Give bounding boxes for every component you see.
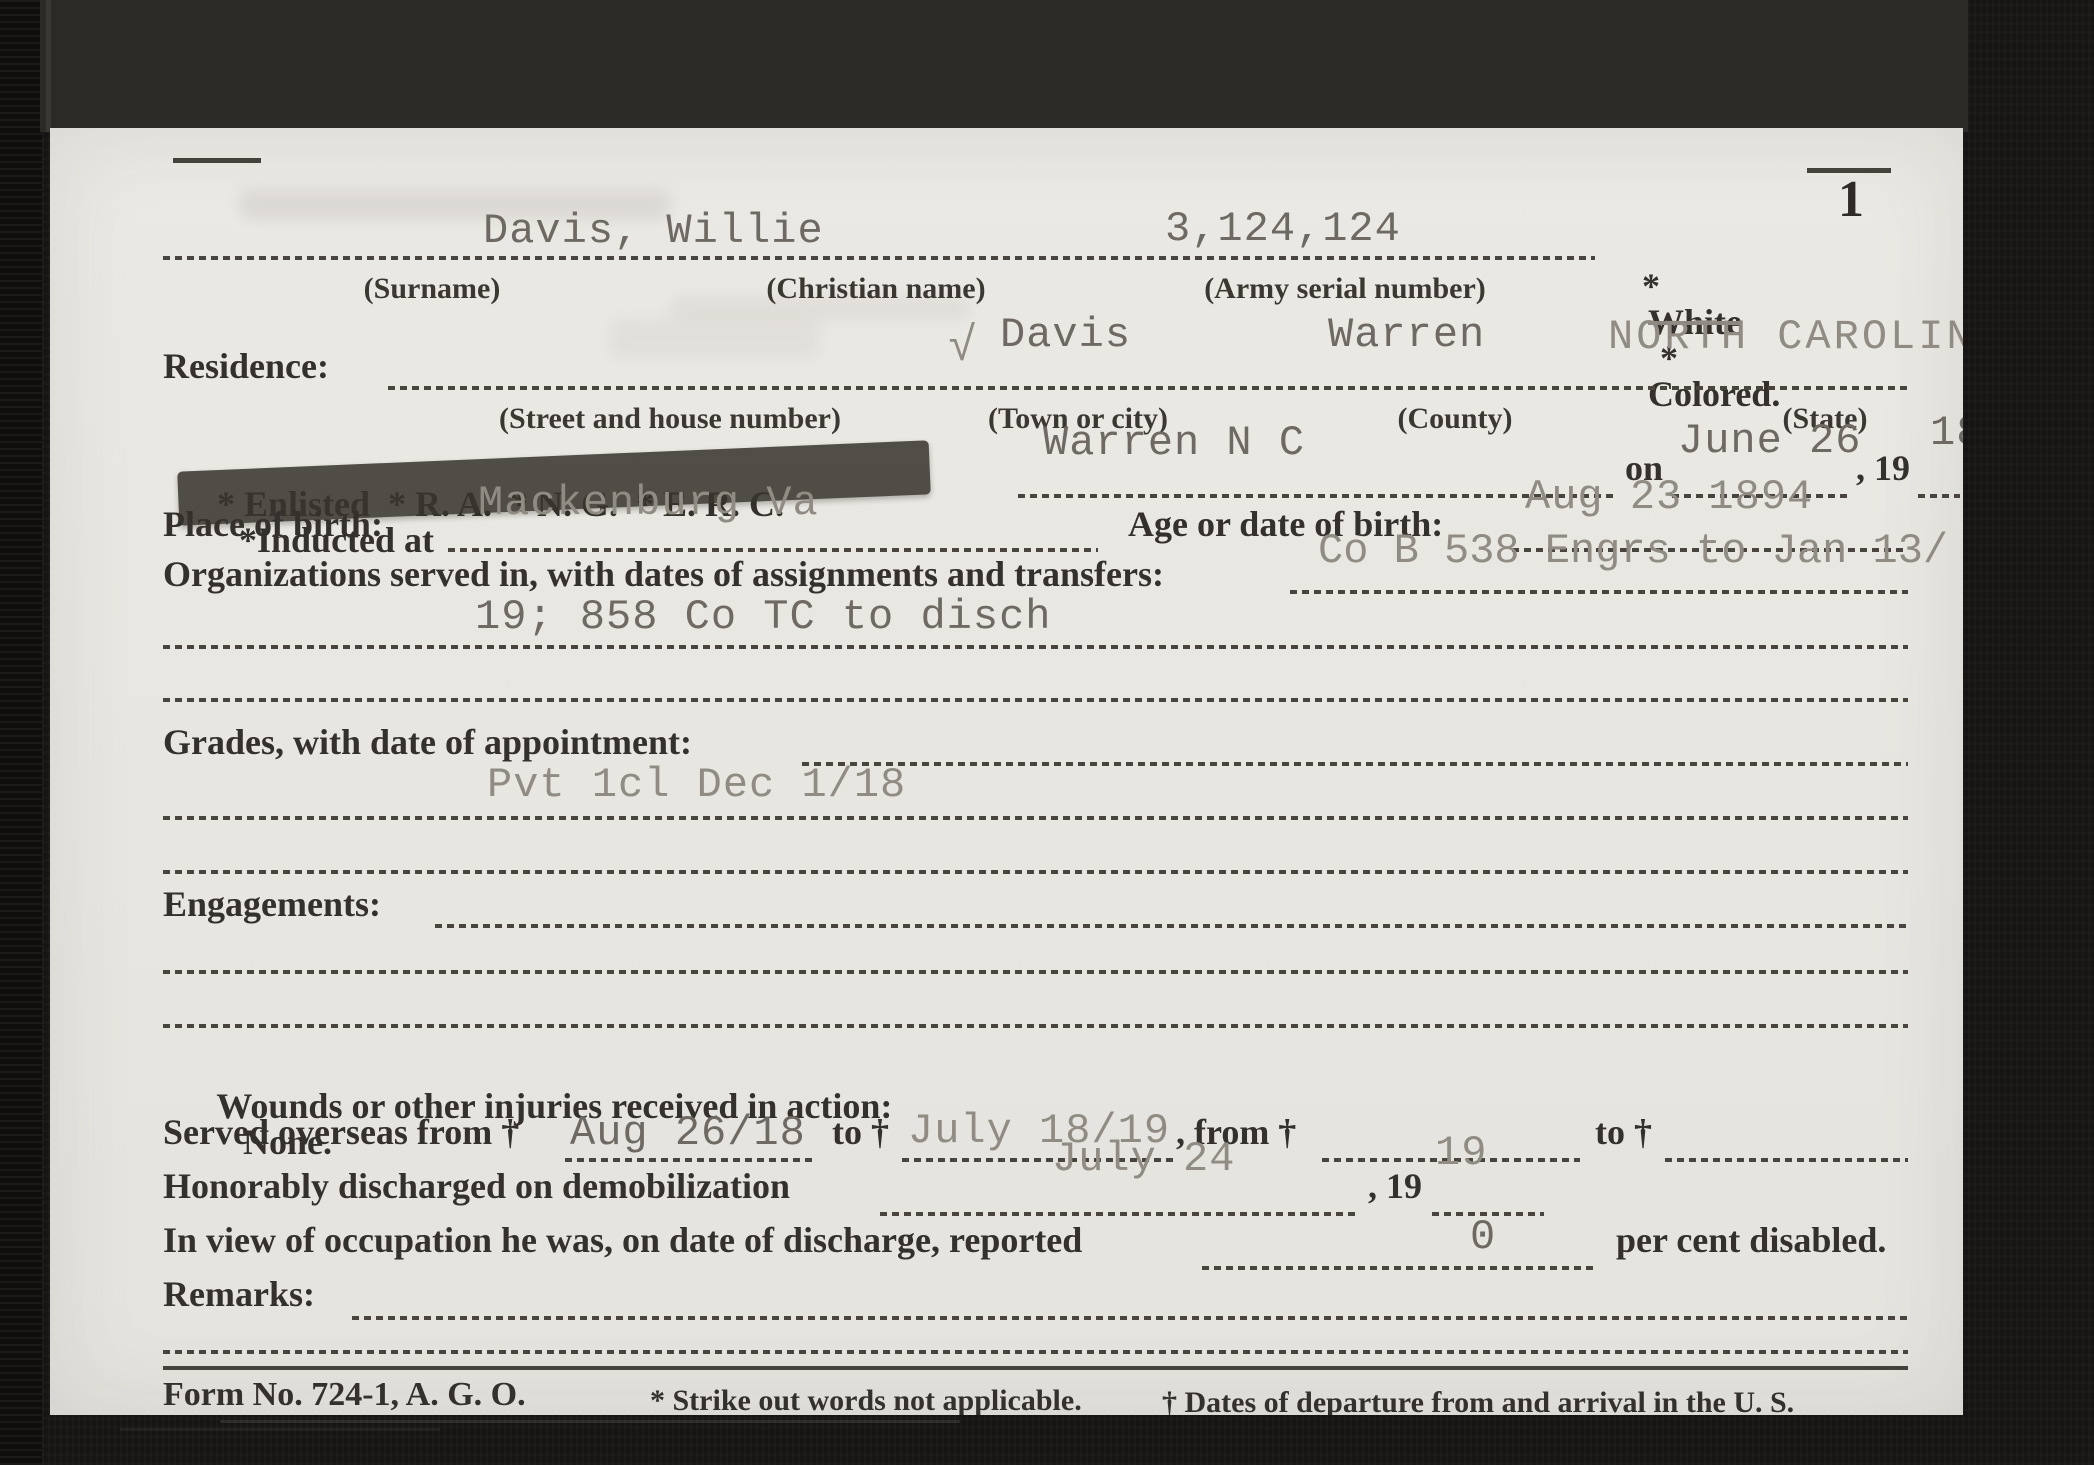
engagements-dotted-line-2 <box>163 970 1908 974</box>
induction-year-dotted-line <box>1918 494 1960 498</box>
page-edge-glint <box>220 1420 960 1423</box>
serial-number-value: 3,124,124 <box>1165 208 1401 250</box>
race-star-1: * <box>1642 266 1660 306</box>
place-of-birth-dotted-line <box>448 548 1098 552</box>
organizations-label: Organizations served in, with dates of a… <box>163 556 1164 592</box>
street-caption: (Street and house number) <box>499 404 841 434</box>
surname-caption: (Surname) <box>364 274 501 304</box>
disability-value: 0 <box>1470 1216 1496 1258</box>
footer-dotted-line <box>163 1350 1908 1354</box>
remarks-dotted-line <box>352 1316 1908 1320</box>
footer-rule <box>163 1366 1908 1370</box>
form-number: Form No. 724-1, A. G. O. <box>163 1378 526 1412</box>
place-of-birth-value: Mackenburg Va <box>478 482 819 524</box>
overseas-from1-value: Aug 26/18 <box>570 1112 806 1154</box>
organizations-dotted-line-1 <box>1290 590 1908 594</box>
scanned-page-background: 1 Davis, Willie 3,124,124 * White * Colo… <box>0 0 2094 1465</box>
book-spine-edge <box>0 0 42 1465</box>
discharge-year-prefix: , 19 <box>1368 1168 1422 1204</box>
grades-dotted-line-2 <box>163 816 1908 820</box>
pen-dash-left <box>173 158 261 163</box>
induction-date-value: June 26 <box>1678 420 1861 462</box>
inducted-place-value: Warren N C <box>1043 422 1305 464</box>
induction-year-prefix: , 19 <box>1856 450 1910 486</box>
christian-name-caption: (Christian name) <box>766 274 985 304</box>
discharge-dotted-line-1 <box>880 1212 1360 1216</box>
residence-dotted-line <box>388 386 1908 390</box>
discharge-year-value: 19 <box>1435 1132 1487 1174</box>
dob-value: Aug 23 1894 <box>1525 476 1813 518</box>
disability-label: In view of occupation he was, on date of… <box>163 1222 1082 1258</box>
page-seam <box>46 0 51 132</box>
remarks-label: Remarks: <box>163 1276 315 1312</box>
discharge-date-value: July 24 <box>1052 1138 1235 1180</box>
grades-value: Pvt 1cl Dec 1/18 <box>487 764 906 806</box>
organizations-dotted-line-3 <box>163 698 1908 702</box>
induction-year-value: 18 <box>1930 412 1963 454</box>
residence-state-value: NORTH CAROLINA <box>1608 316 1963 358</box>
strike-out-note: * Strike out words not applicable. <box>650 1386 1082 1415</box>
engagements-dotted-line-3 <box>163 1024 1908 1028</box>
organizations-line1-value: Co B 538 Engrs to Jan 13/ <box>1318 530 1948 572</box>
county-caption: (County) <box>1397 404 1512 434</box>
overseas-from1-label: Served overseas from † <box>163 1114 519 1150</box>
check-mark: √ <box>948 324 978 372</box>
serial-number-caption: (Army serial number) <box>1204 274 1486 304</box>
grades-dotted-line-3 <box>163 870 1908 874</box>
discharge-label: Honorably discharged on demobilization <box>163 1168 790 1204</box>
departure-dates-note: † Dates of departure from and arrival in… <box>1162 1388 1794 1415</box>
page-edge-glint <box>120 1428 440 1431</box>
place-of-birth-label: Place of birth: <box>163 506 383 542</box>
overseas-dotted-line-4 <box>1665 1158 1908 1162</box>
grades-dotted-line-1 <box>802 762 1908 766</box>
scanner-bed-top <box>40 0 1968 132</box>
grades-label: Grades, with date of appointment: <box>163 724 692 760</box>
ink-smudge <box>610 318 820 358</box>
residence-town-value: Davis <box>1000 314 1131 356</box>
disability-dotted-line <box>1202 1266 1594 1270</box>
organizations-dotted-line-2 <box>163 645 1908 649</box>
residence-label: Residence: <box>163 348 329 384</box>
surname-value: Davis, Willie <box>483 210 824 252</box>
form-date: Nov. 22, 1919 <box>300 1410 476 1415</box>
overseas-dotted-line-1 <box>565 1158 817 1162</box>
name-dotted-line <box>163 256 1595 260</box>
page-number: 1 <box>1838 174 1864 226</box>
residence-county-value: Warren <box>1328 314 1485 356</box>
organizations-line2-value: 19; 858 Co TC to disch <box>475 596 1052 638</box>
race-colored-label: Colored. <box>1648 374 1780 414</box>
engagements-label: Engagements: <box>163 886 381 922</box>
service-record-card: 1 Davis, Willie 3,124,124 * White * Colo… <box>50 128 1963 1415</box>
disability-suffix: per cent disabled. <box>1616 1222 1886 1258</box>
overseas-to1-label: to † <box>832 1114 889 1150</box>
engagements-dotted-line-1 <box>435 924 1908 928</box>
overseas-to2-label: to † <box>1595 1114 1652 1150</box>
